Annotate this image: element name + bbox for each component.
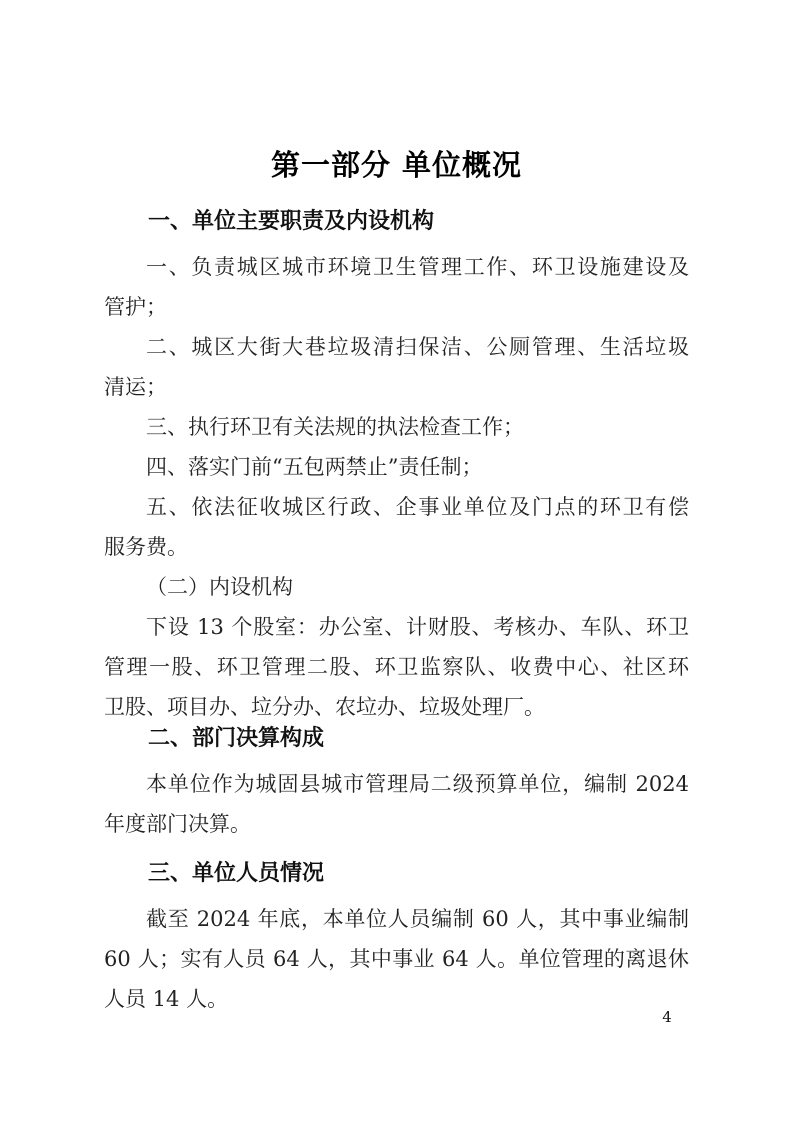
paragraph-line: 管护； (104, 287, 689, 327)
paragraph-line: 管理一股、环卫管理二股、环卫监察队、收费中心、社区环 (104, 647, 689, 687)
paragraph-duty-4: 四、落实门前“五包两禁止”责任制； (104, 447, 689, 487)
paragraph-line: 截至 2024 年底，本单位人员编制 60 人，其中事业编制 (104, 899, 689, 939)
document-content: 第一部分 单位概况 一、单位主要职责及内设机构 一、负责城区城市环境卫生管理工作… (104, 142, 689, 1019)
heading-section-1: 一、单位主要职责及内设机构 (104, 202, 689, 242)
paragraph-line: 三、执行环卫有关法规的执法检查工作； (104, 407, 689, 447)
paragraph-duty-3: 三、执行环卫有关法规的执法检查工作； (104, 407, 689, 447)
page-number: 4 (655, 1005, 679, 1029)
paragraph-line: 二、城区大街大巷垃圾清扫保洁、公厕管理、生活垃圾 (104, 327, 689, 367)
paragraph-line: 60 人；实有人员 64 人，其中事业 64 人。单位管理的离退休 (104, 939, 689, 979)
paragraph-duty-5: 五、依法征收城区行政、企事业单位及门点的环卫有偿 服务费。 (104, 487, 689, 567)
paragraph-duty-2: 二、城区大街大巷垃圾清扫保洁、公厕管理、生活垃圾 清运； (104, 327, 689, 407)
paragraph-line: 人员 14 人。 (104, 979, 689, 1019)
heading-section-3: 三、单位人员情况 (104, 854, 689, 894)
paragraph-duty-1: 一、负责城区城市环境卫生管理工作、环卫设施建设及 管护； (104, 247, 689, 327)
paragraph-line: 清运； (104, 367, 689, 407)
paragraph-line: 本单位作为城固县城市管理局二级预算单位，编制 2024 (104, 764, 689, 804)
paragraph-line: 五、依法征收城区行政、企事业单位及门点的环卫有偿 (104, 487, 689, 527)
paragraph-line: 下设 13 个股室：办公室、计财股、考核办、车队、环卫 (104, 607, 689, 647)
document-page: 第一部分 单位概况 一、单位主要职责及内设机构 一、负责城区城市环境卫生管理工作… (0, 0, 793, 1122)
paragraph-internal-orgs: 下设 13 个股室：办公室、计财股、考核办、车队、环卫 管理一股、环卫管理二股、… (104, 607, 689, 727)
paragraph-line: 年度部门决算。 (104, 804, 689, 844)
paragraph-line: 一、负责城区城市环境卫生管理工作、环卫设施建设及 (104, 247, 689, 287)
paragraph-line: 四、落实门前“五包两禁止”责任制； (104, 447, 689, 487)
sub-heading-internal-orgs: （二）内设机构 (104, 567, 689, 607)
document-title: 第一部分 单位概况 (104, 142, 689, 188)
paragraph-line: （二）内设机构 (104, 567, 689, 607)
paragraph-budget: 本单位作为城固县城市管理局二级预算单位，编制 2024 年度部门决算。 (104, 764, 689, 844)
paragraph-staff: 截至 2024 年底，本单位人员编制 60 人，其中事业编制 60 人；实有人员… (104, 899, 689, 1019)
paragraph-line: 服务费。 (104, 527, 689, 567)
